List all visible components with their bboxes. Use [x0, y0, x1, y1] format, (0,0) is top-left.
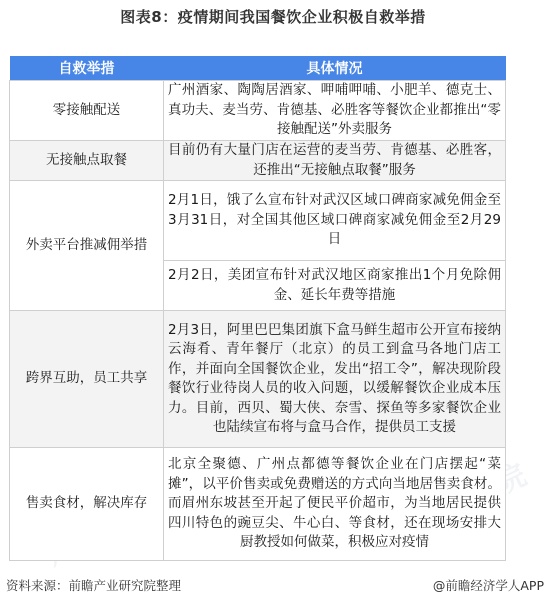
- details-cell: 北京全聚德、广州点都德等餐饮企业在门店摆起“菜摊”，以平价售卖或免费赠送的方式向…: [164, 448, 506, 561]
- table-row: 外卖平台推减佣举措 2月1日，饿了么宣布针对武汉区域口碑商家减免佣金至3月31日…: [10, 181, 506, 261]
- table-row: 零接触配送 广州酒家、陶陶居酒家、呷哺呷哺、小肥羊、德克士、真功夫、麦当劳、肯德…: [10, 81, 506, 141]
- measure-cell: 零接触配送: [10, 81, 164, 141]
- measure-cell: 无接触点取餐: [10, 141, 164, 181]
- measures-table: 自救举措 具体情况 零接触配送 广州酒家、陶陶居酒家、呷哺呷哺、小肥羊、德克士、…: [9, 56, 506, 561]
- measure-cell: 跨界互助，员工共享: [10, 311, 164, 448]
- source-note: 资料来源：前瞻产业研究院整理: [6, 576, 181, 594]
- table-row: 跨界互助，员工共享 2月3日，阿里巴巴集团旗下盒马鲜生超市公开宣布接纳云海肴、青…: [10, 311, 506, 448]
- measure-cell: 售卖食材，解决库存: [10, 448, 164, 561]
- details-cell: 目前仍有大量门店在运营的麦当劳、肯德基、必胜客，还推出“无接触点取餐”服务: [164, 141, 506, 181]
- column-header-details: 具体情况: [164, 56, 506, 81]
- details-cell: 2月2日，美团宣布针对武汉地区商家推出1个月免除佣金、延长年费等措施: [164, 261, 506, 311]
- details-cell: 2月3日，阿里巴巴集团旗下盒马鲜生超市公开宣布接纳云海肴、青年餐厅（北京）的员工…: [164, 311, 506, 448]
- details-cell: 2月1日，饿了么宣布针对武汉区域口碑商家减免佣金至3月31日，对全国其他区域口碑…: [164, 181, 506, 261]
- measure-cell: 外卖平台推减佣举措: [10, 181, 164, 311]
- table-row: 无接触点取餐 目前仍有大量门店在运营的麦当劳、肯德基、必胜客，还推出“无接触点取…: [10, 141, 506, 181]
- chart-title: 图表8：疫情期间我国餐饮企业积极自救举措: [0, 6, 546, 27]
- details-cell: 广州酒家、陶陶居酒家、呷哺呷哺、小肥羊、德克士、真功夫、麦当劳、肯德基、必胜客等…: [164, 81, 506, 141]
- table-header-row: 自救举措 具体情况: [10, 56, 506, 81]
- column-header-measure: 自救举措: [10, 56, 164, 81]
- table-row: 售卖食材，解决库存 北京全聚德、广州点都德等餐饮企业在门店摆起“菜摊”，以平价售…: [10, 448, 506, 561]
- credit-note: @前瞻经济学人APP: [433, 576, 544, 594]
